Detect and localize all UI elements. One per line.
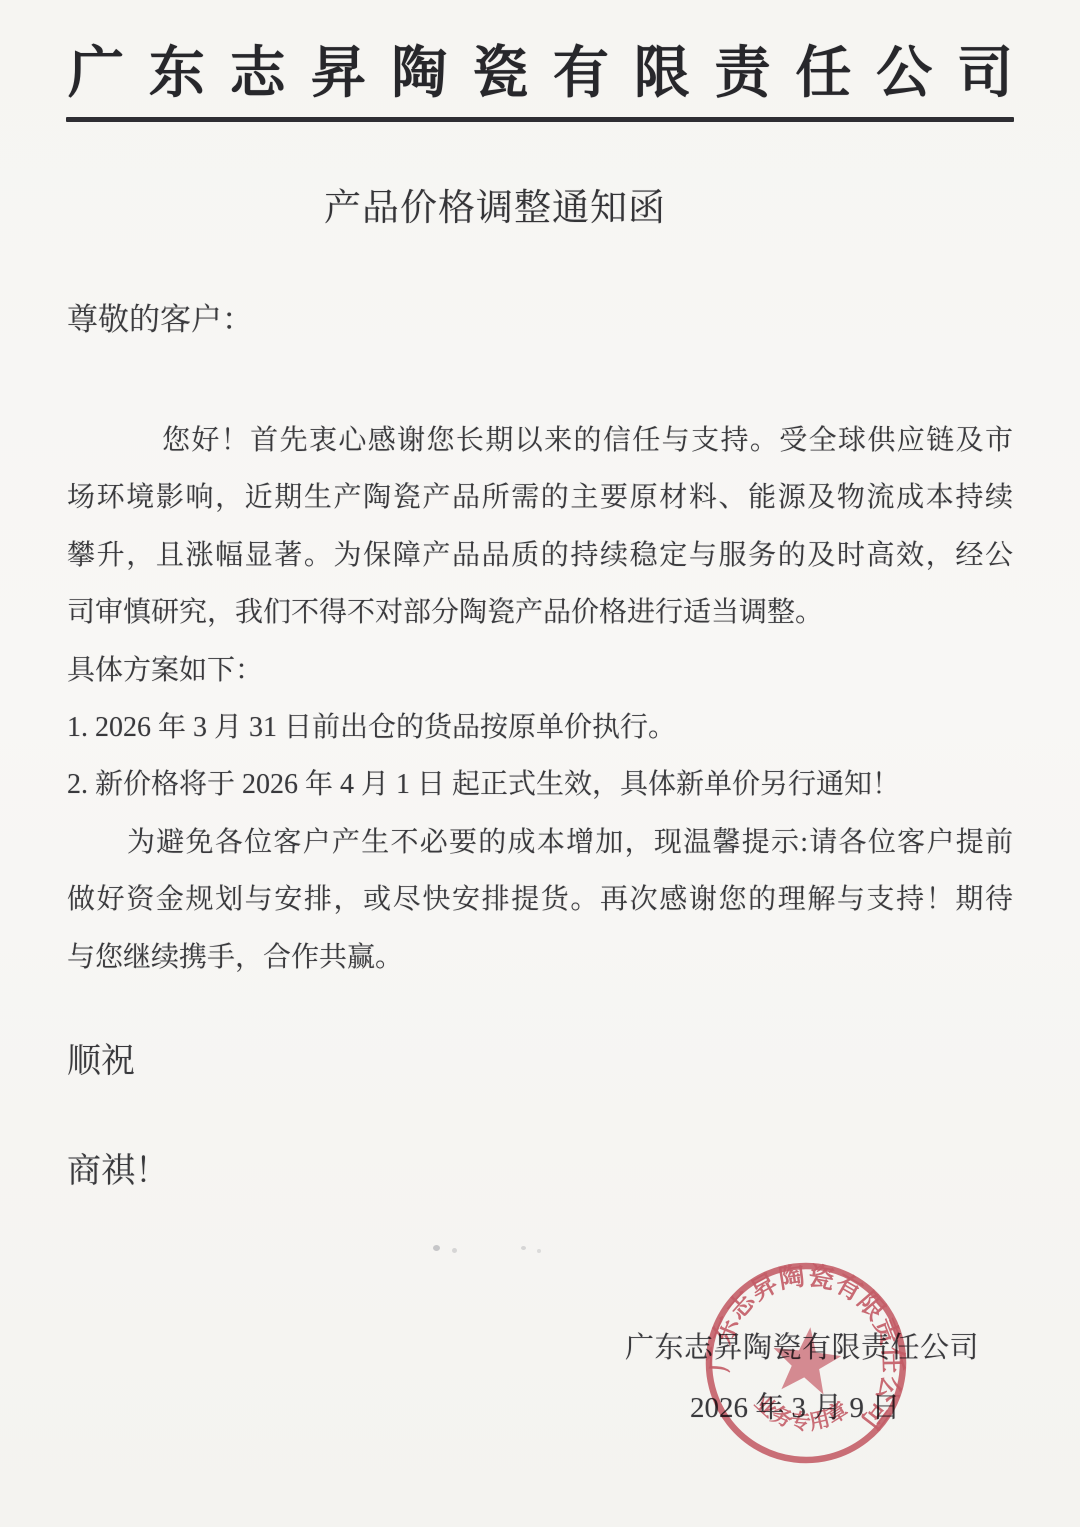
body-line: 与您继续携手，合作共赢。 bbox=[67, 929, 1013, 986]
scan-speck bbox=[433, 1245, 440, 1251]
body-line: 做好资金规划与安排，或尽快安排提货。再次感谢您的理解与支持！期待 bbox=[67, 871, 1013, 928]
body-line: 司审慎研究，我们不得不对部分陶瓷产品价格进行适当调整。 bbox=[67, 584, 1013, 641]
body-line: 1. 2026 年 3 月 31 日前出仓的货品按原单价执行。 bbox=[67, 699, 1013, 756]
company-letterhead: 广东志昇陶瓷有限责任公司 bbox=[68, 38, 1013, 110]
body-line: 具体方案如下： bbox=[67, 642, 1013, 699]
body-line: 您好！首先衷心感谢您长期以来的信任与支持。受全球供应链及市 bbox=[67, 412, 1013, 469]
company-seal-stamp: 广东志昇陶瓷有限责任公司 业务专用章 bbox=[681, 1238, 931, 1488]
document-title: 产品价格调整通知函 bbox=[0, 183, 1035, 235]
star-icon bbox=[769, 1323, 845, 1396]
seal-bottom-text: 业务专用章 bbox=[747, 1386, 855, 1440]
body-line: 场环境影响，近期生产陶瓷产品所需的主要原材料、能源及物流成本持续 bbox=[67, 469, 1013, 526]
scan-speck bbox=[521, 1246, 526, 1250]
letter-page: 广东志昇陶瓷有限责任公司 产品价格调整通知函 尊敬的客户： 您好！首先衷心感谢您… bbox=[0, 0, 1080, 1527]
body-line: 攀升，且涨幅显著。为保障产品品质的持续稳定与服务的及时高效，经公 bbox=[67, 527, 1013, 584]
closing-regards: 商祺！ bbox=[67, 1150, 169, 1194]
body-line: 2. 新价格将于 2026 年 4 月 1 日 起正式生效，具体新单价另行通知！ bbox=[67, 756, 1013, 813]
letter-body: 您好！首先衷心感谢您长期以来的信任与支持。受全球供应链及市 场环境影响，近期生产… bbox=[67, 412, 1013, 986]
letterhead-underline bbox=[66, 117, 1014, 122]
scan-speck bbox=[452, 1248, 457, 1253]
salutation: 尊敬的客户： bbox=[67, 300, 253, 340]
closing-wish: 顺祝 bbox=[67, 1040, 135, 1084]
scan-speck bbox=[537, 1249, 541, 1253]
svg-text:业务专用章: 业务专用章 bbox=[747, 1386, 855, 1440]
body-line: 为避免各位客户产生不必要的成本增加，现温馨提示:请各位客户提前 bbox=[67, 814, 1013, 871]
